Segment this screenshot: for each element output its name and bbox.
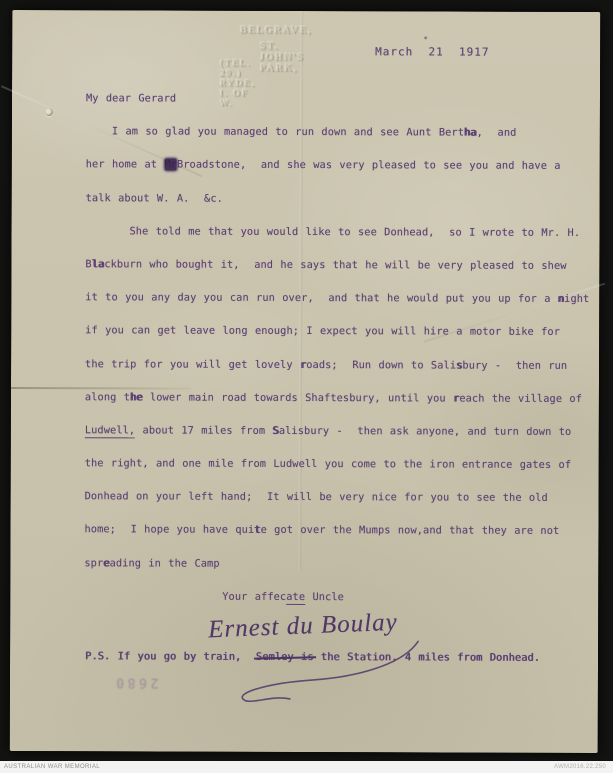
letter-date: March 21 1917 [375,45,489,58]
letter-line: if you can get leave long enough; I expe… [85,315,590,350]
letter-line: the trip for you will get lovely roads; … [85,348,590,383]
letter-line: Blackburn who bought it, and he says tha… [85,248,590,283]
scanned-letter-photo: { "letter": { "letterhead": { "line1": "… [0,0,613,773]
archive-id-label: AWM2016.22.250 [554,764,606,770]
letter-paper: BELGRAVE, ST. JOHN'S PARK, (TEL. 29.) RY… [10,10,601,753]
bleed-through-stamp: 2680 [113,674,159,690]
letterhead-house-name: BELGRAVE, [240,25,313,36]
signature-flourish [150,622,470,708]
letter-line: home; I hope you have quite got over the… [84,514,589,549]
letter-line: the right, and one mile from Ludwell you… [85,447,590,482]
letter-line: She told me that you would like to see D… [85,215,590,250]
letter-line: Donhead on your left hand; It will be ve… [85,480,590,515]
letter-line: along the lower main road towards Shafte… [85,381,590,416]
pin-hole [45,108,53,116]
letter-line: Ludwell, about 17 miles from Salisbury -… [85,414,590,449]
postscript-line: P.S. If you go by train, Semley is the S… [85,650,540,664]
stray-ink-dot [424,36,427,39]
letter-line: I am so glad you managed to run down and… [86,115,591,150]
archive-caption-bar: AUSTRALIAN WAR MEMORIAL AWM2016.22.250 [0,761,613,773]
letterhead-street: ST. JOHN'S PARK, [260,41,305,74]
letter-line: My dear Gerard [86,82,591,117]
letter-line: spreading in the Camp [84,547,589,582]
letter-line: Your affecate Uncle [84,580,589,615]
archive-name-label: AUSTRALIAN WAR MEMORIAL [4,764,100,770]
letter-line: her home at MrBroadstone, and she was ve… [86,149,591,184]
letter-line: it to you any day you can run over, and … [85,281,590,316]
letter-line: talk about W. A. &c. [86,182,591,217]
letter-body: My dear GerardI am so glad you managed t… [84,82,591,615]
